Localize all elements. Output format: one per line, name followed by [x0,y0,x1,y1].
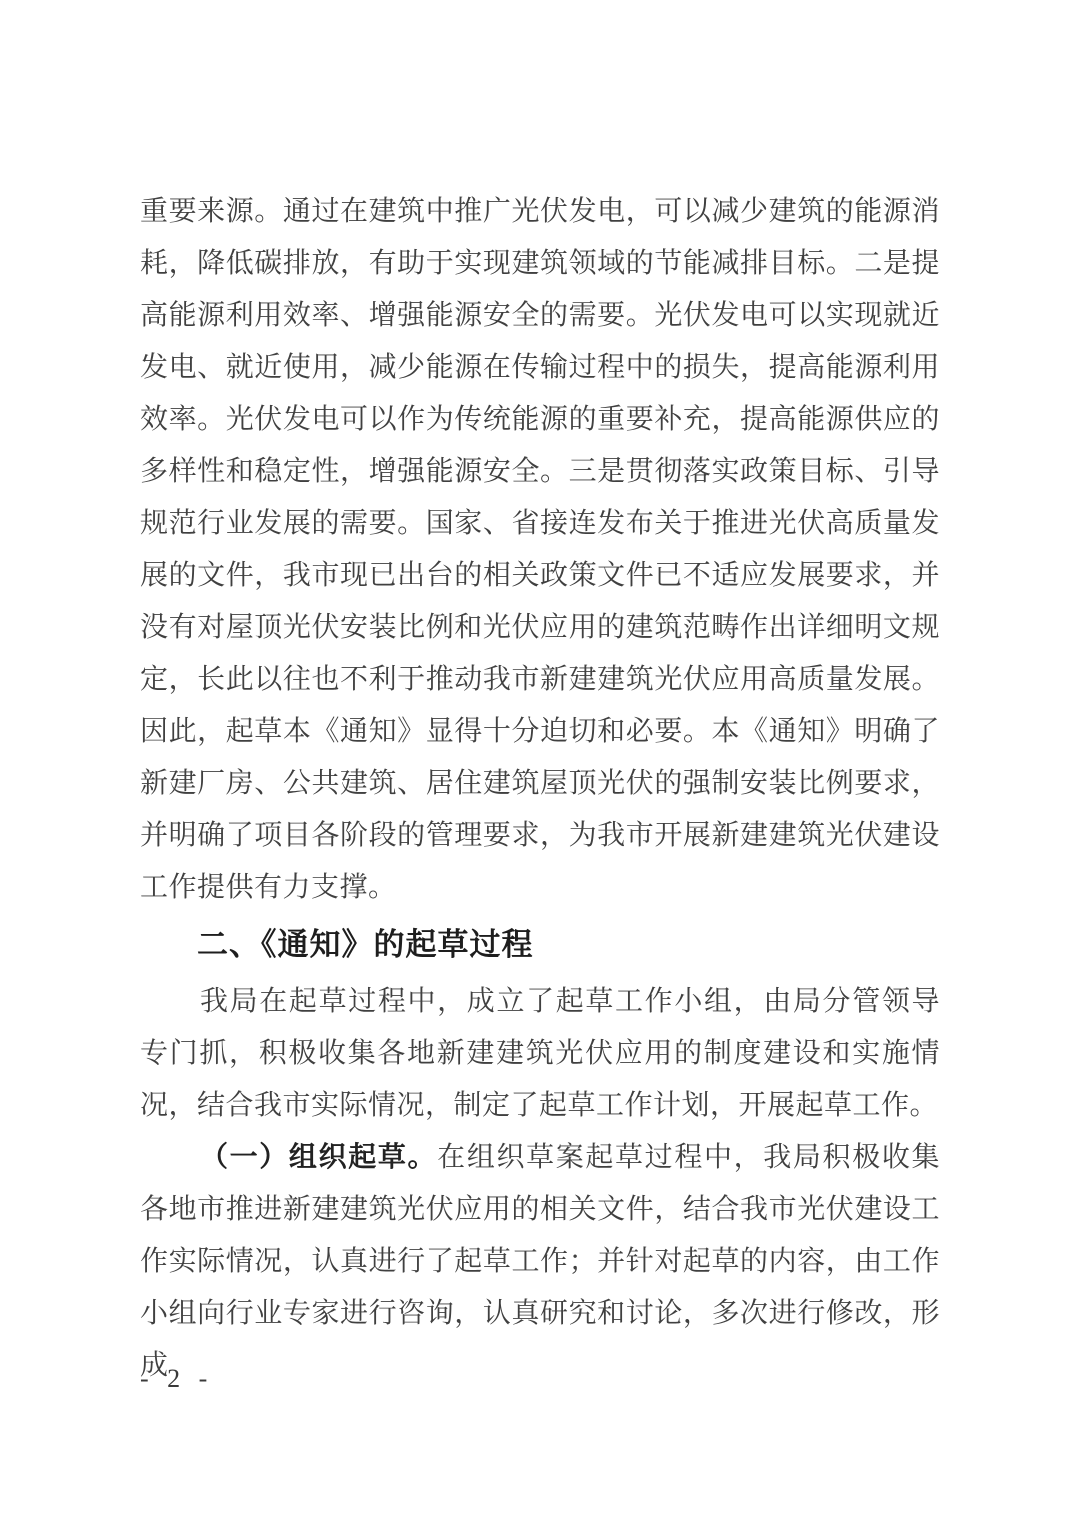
paragraph-drafting-overview: 我局在起草过程中，成立了起草工作小组，由局分管领导专门抓，积极收集各地新建建筑光… [140,976,940,1132]
document-body: 重要来源。通过在建筑中推广光伏发电，可以减少建筑的能源消耗，降低碳排放，有助于实… [140,186,940,1392]
document-page: 重要来源。通过在建筑中推广光伏发电，可以减少建筑的能源消耗，降低碳排放，有助于实… [0,0,1080,1527]
paragraph-lead-organized-drafting: （一）组织起草。 [200,1142,437,1173]
section-heading-drafting-process: 二、《通知》的起草过程 [140,919,940,971]
paragraph-text-organized-drafting: 在组织草案起草过程中，我局积极收集各地市推进新建建筑光伏应用的相关文件，结合我市… [140,1142,940,1381]
page-number: - 2 - [140,1364,213,1394]
paragraph-organized-drafting: （一）组织起草。在组织草案起草过程中，我局积极收集各地市推进新建建筑光伏应用的相… [140,1132,940,1392]
paragraph-continuation: 重要来源。通过在建筑中推广光伏发电，可以减少建筑的能源消耗，降低碳排放，有助于实… [140,186,940,914]
